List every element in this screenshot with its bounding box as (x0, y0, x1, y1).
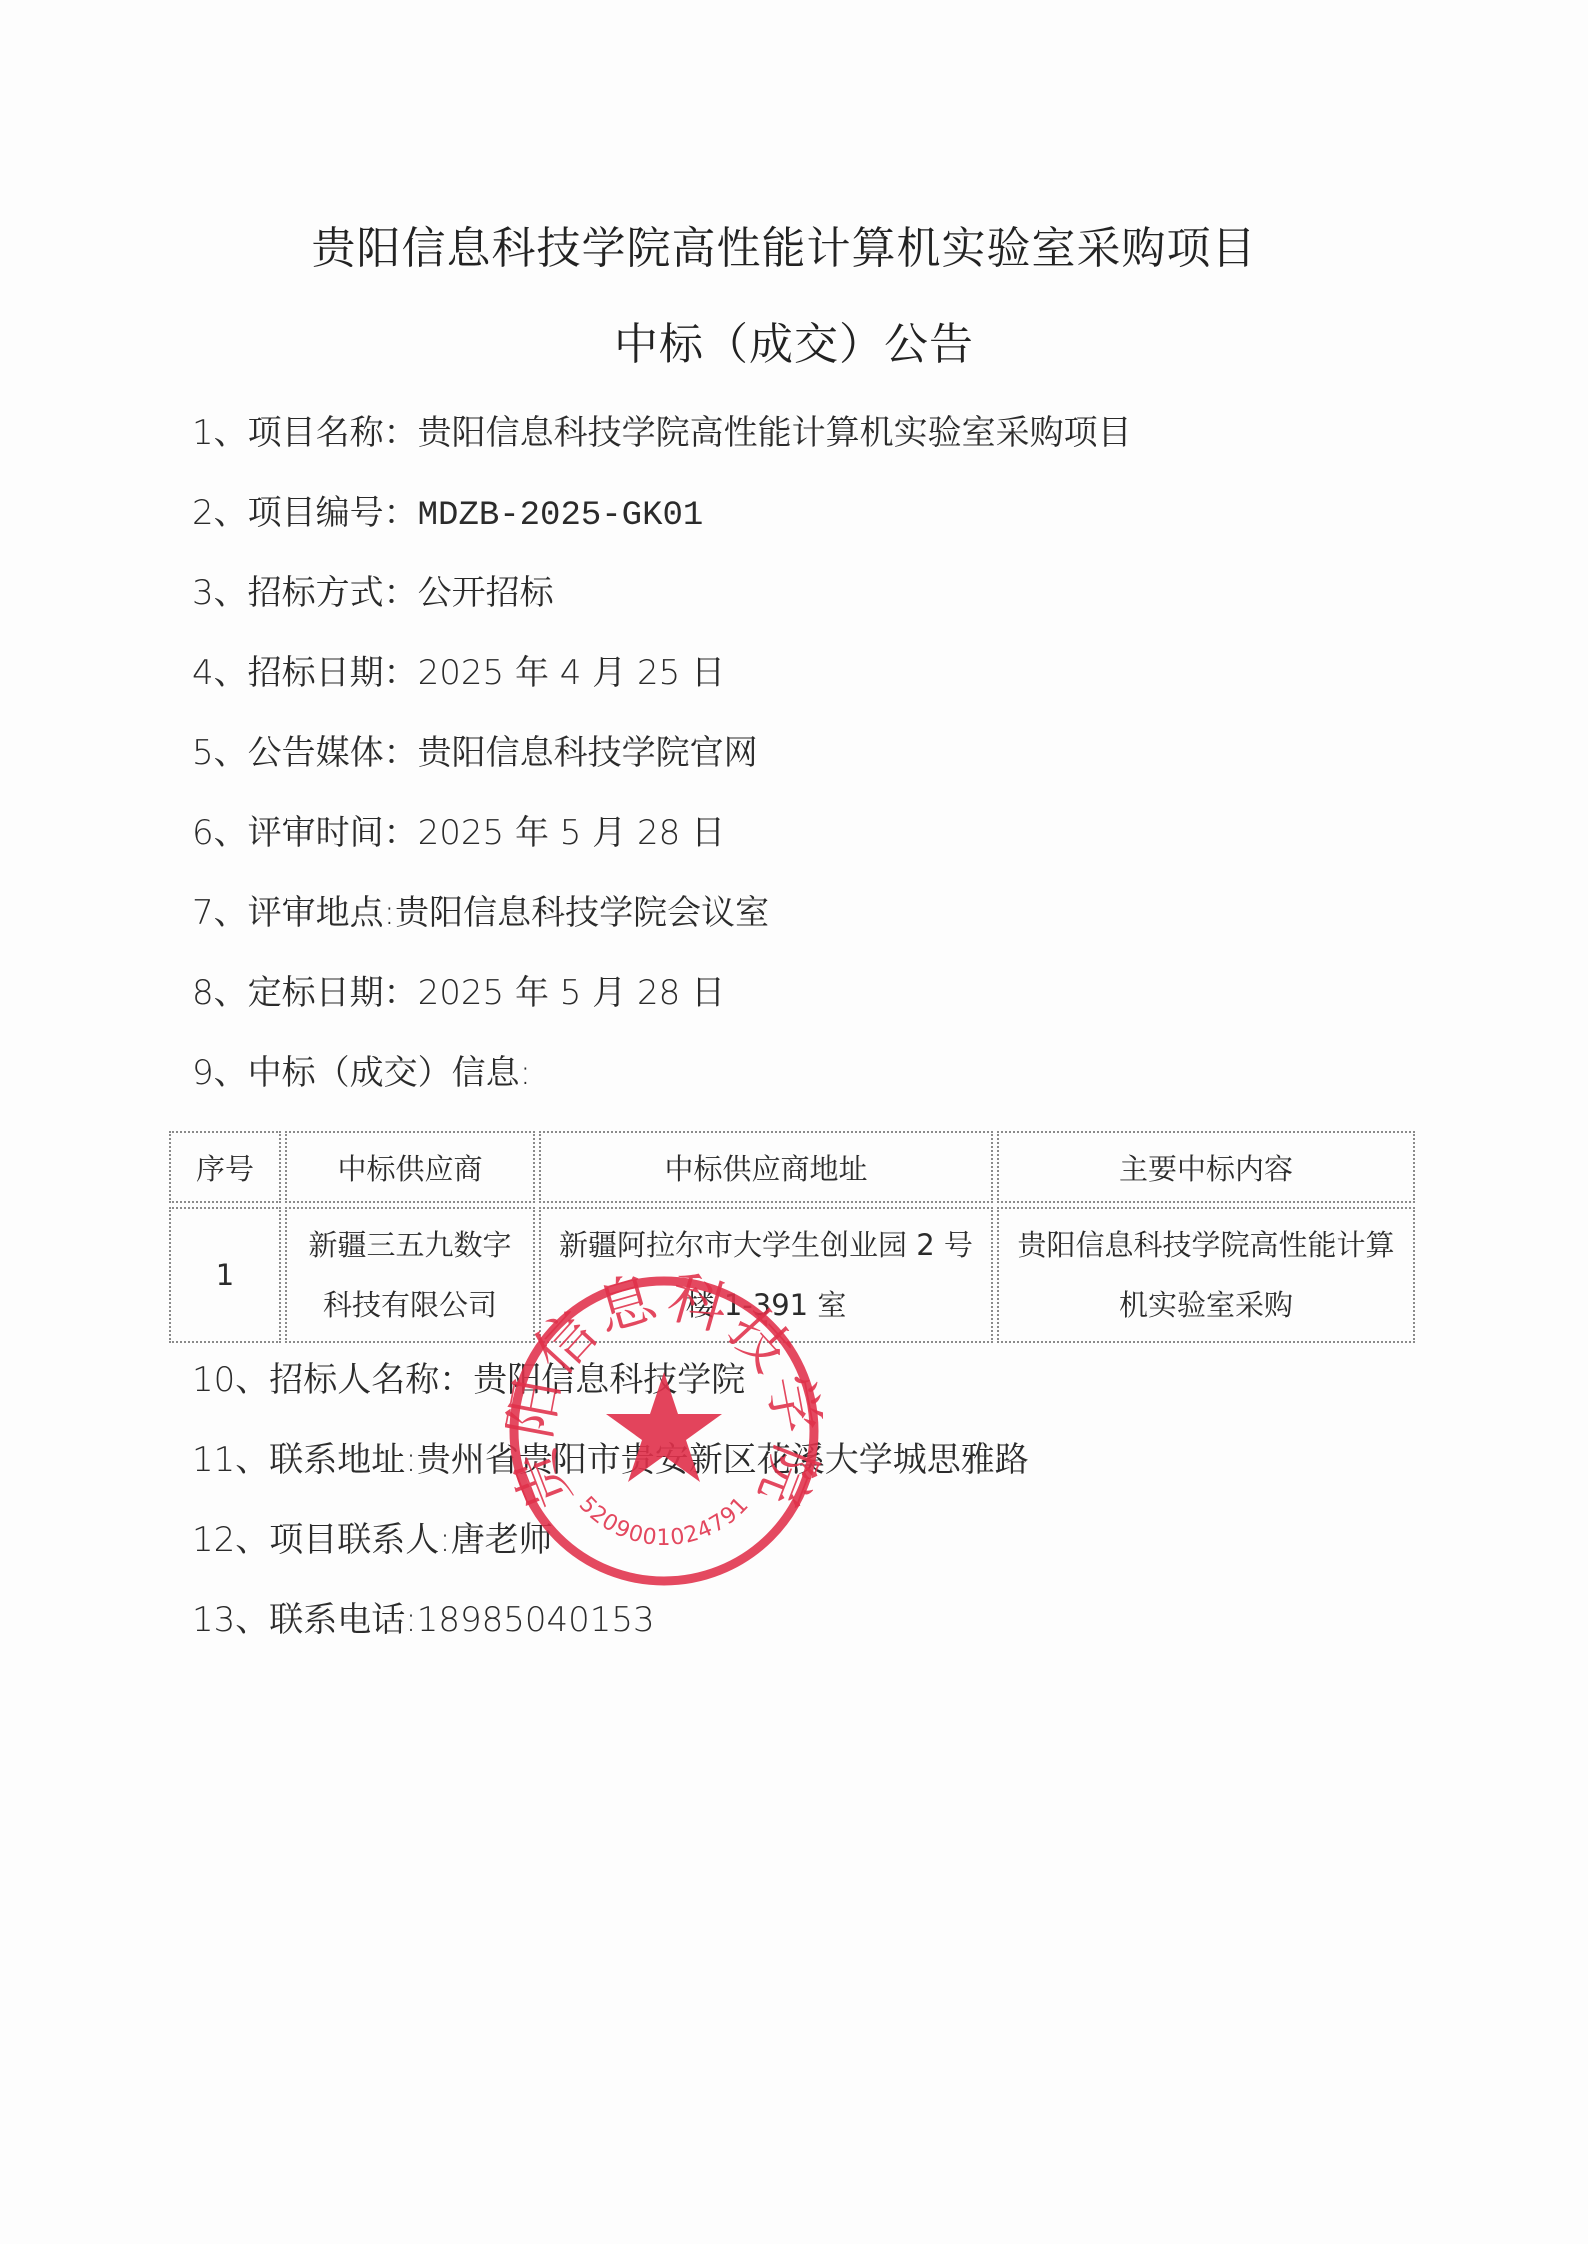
item-label: 2、项目编号： (192, 493, 418, 533)
item-label: 5、公告媒体： (192, 733, 418, 773)
table-row: 1 新疆三五九数字 科技有限公司 新疆阿拉尔市大学生创业园 2 号 楼 1-39… (169, 1207, 1415, 1343)
cell-address: 新疆阿拉尔市大学生创业园 2 号 楼 1-391 室 (539, 1207, 993, 1343)
cell-no: 1 (169, 1207, 281, 1343)
item-value: 公开招标 (418, 573, 554, 613)
item-value: MDZB-2025-GK01 (418, 497, 704, 535)
item-label: 12、项目联系人: (192, 1520, 451, 1560)
item-label: 7、评审地点: (192, 893, 395, 933)
document-subtitle: 中标（成交）公告 (0, 308, 1588, 372)
header-supplier: 中标供应商 (285, 1131, 535, 1203)
item-review-time: 6、评审时间：2025 年 5 月 28 日 (192, 813, 725, 853)
address-line2: 楼 1-391 室 (541, 1275, 991, 1335)
item-project-number: 2、项目编号：MDZB-2025-GK01 (192, 493, 703, 536)
item-review-place: 7、评审地点:贵阳信息科技学院会议室 (192, 893, 769, 933)
header-no: 序号 (169, 1131, 281, 1203)
item-label: 10、招标人名称： (192, 1360, 473, 1400)
cell-content: 贵阳信息科技学院高性能计算 机实验室采购 (997, 1207, 1415, 1343)
item-label: 11、联系地址: (192, 1440, 417, 1480)
item-award-info: 9、中标（成交）信息: (192, 1053, 531, 1093)
address-line1: 新疆阿拉尔市大学生创业园 2 号 (541, 1215, 991, 1275)
item-label: 13、联系电话: (192, 1600, 417, 1640)
item-address: 11、联系地址:贵州省贵阳市贵安新区花溪大学城思雅路 (192, 1440, 1029, 1480)
item-value: 贵阳信息科技学院高性能计算机实验室采购项目 (418, 413, 1132, 453)
item-media: 5、公告媒体：贵阳信息科技学院官网 (192, 733, 758, 773)
item-value: 贵阳信息科技学院 (473, 1360, 745, 1400)
item-value: 贵州省贵阳市贵安新区花溪大学城思雅路 (417, 1440, 1029, 1480)
item-label: 4、招标日期： (192, 653, 418, 693)
item-phone: 13、联系电话:18985040153 (192, 1600, 655, 1640)
item-value: 贵阳信息科技学院官网 (418, 733, 758, 773)
supplier-line1: 新疆三五九数字 (287, 1215, 533, 1275)
award-table: 序号 中标供应商 中标供应商地址 主要中标内容 1 新疆三五九数字 科技有限公司… (165, 1127, 1419, 1347)
item-label: 3、招标方式： (192, 573, 418, 613)
table-header-row: 序号 中标供应商 中标供应商地址 主要中标内容 (169, 1131, 1415, 1203)
item-label: 1、项目名称： (192, 413, 418, 453)
item-project-name: 1、项目名称：贵阳信息科技学院高性能计算机实验室采购项目 (192, 413, 1132, 453)
item-value: 18985040153 (417, 1600, 655, 1640)
item-contact: 12、项目联系人:唐老师 (192, 1520, 553, 1560)
item-award-date: 8、定标日期：2025 年 5 月 28 日 (192, 973, 725, 1013)
document-title: 贵阳信息科技学院高性能计算机实验室采购项目 (0, 212, 1578, 276)
item-label: 9、中标（成交）信息: (192, 1053, 531, 1093)
item-label: 6、评审时间： (192, 813, 418, 853)
svg-text:5209001024791: 5209001024791 (574, 1492, 754, 1551)
header-address: 中标供应商地址 (539, 1131, 993, 1203)
item-value: 2025 年 4 月 25 日 (418, 653, 725, 693)
cell-supplier: 新疆三五九数字 科技有限公司 (285, 1207, 535, 1343)
item-tenderer: 10、招标人名称：贵阳信息科技学院 (192, 1360, 745, 1400)
item-value: 唐老师 (451, 1520, 553, 1560)
content-line1: 贵阳信息科技学院高性能计算 (999, 1215, 1413, 1275)
content-line2: 机实验室采购 (999, 1275, 1413, 1335)
item-bid-method: 3、招标方式：公开招标 (192, 573, 554, 613)
item-label: 8、定标日期： (192, 973, 418, 1013)
header-content: 主要中标内容 (997, 1131, 1415, 1203)
item-value: 2025 年 5 月 28 日 (418, 973, 725, 1013)
supplier-line2: 科技有限公司 (287, 1275, 533, 1335)
item-bid-date: 4、招标日期：2025 年 4 月 25 日 (192, 653, 725, 693)
item-value: 贵阳信息科技学院会议室 (395, 893, 769, 933)
item-value: 2025 年 5 月 28 日 (418, 813, 725, 853)
